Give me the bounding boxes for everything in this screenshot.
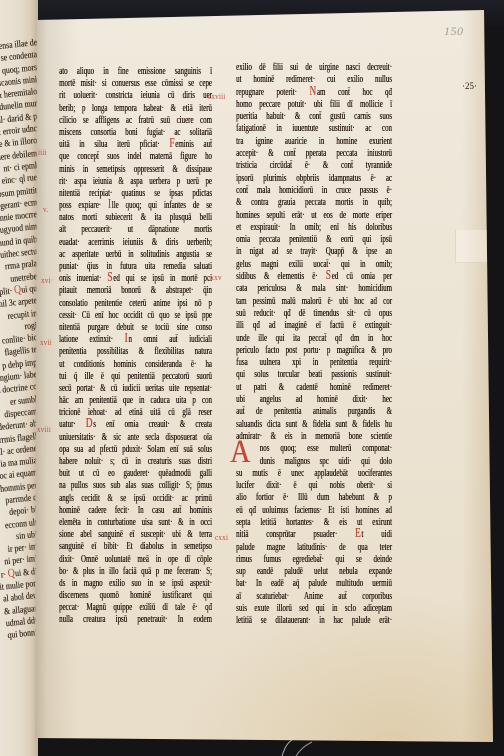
text-line: opa sua ad pfectū pduxit· Solam enī suā … — [59, 444, 212, 456]
text-line: accepit· & cont̄ pperata peccata iniusto… — [236, 148, 392, 160]
text-line: berib; p longa tempora habeat· & etiā it… — [59, 103, 212, 115]
text-line: latione extinxit· In omni aut̄ iudiciali — [59, 334, 212, 346]
text-line: nitentiā recipiat· quatinus se ipsas pdi… — [59, 188, 212, 200]
text-line: suū reducit· qđ dē timendus sit· cū opus — [236, 308, 392, 320]
text-column-2: exilio dē filii sui de uirgine nasci dec… — [236, 62, 392, 628]
rubricated-initial: D — [86, 415, 93, 430]
text-line: que concept̄ suos indel maternā figure h… — [59, 151, 212, 163]
text-line: gelus magni exilii uocat̄· qui in omib; — [236, 259, 392, 271]
margin-mark: ·25· — [462, 81, 477, 91]
text-line: natos morti subiecerit & ita plusquā bel… — [59, 212, 212, 224]
text-line: palude magne latitudinis· de qua teter — [236, 542, 392, 554]
text-segment: lle quoq; qui infantes de se — [112, 200, 212, 211]
text-line: cont̄ mala homicidiorū in cruce passus ē… — [236, 185, 392, 197]
text-line: onis inueniat· Sed qui se ipsū in mortē … — [59, 273, 212, 285]
text-line: uitā in silua iterū pficiat· Feminis aut… — [59, 139, 212, 151]
text-line: nitentiā purgare debuit se tociū sine co… — [59, 322, 212, 334]
text-column-1: ato aliquo in fine emissione sanguinis ī… — [59, 66, 212, 627]
text-line: periculo facto post portu· p magnifica &… — [236, 345, 392, 357]
text-line: hāc am penitentiā que in caduca uita p c… — [59, 395, 212, 407]
text-line: poss expiare· Ille quoq; qui infantes de… — [59, 200, 212, 212]
text-line: ac asperitate uerbū in solitudinis angus… — [59, 249, 212, 261]
text-line: tricionē iehoat· ad etinā uitā cū glā re… — [59, 407, 212, 419]
text-line: tra ignine auaricie in homine exurient — [236, 136, 392, 148]
text-line: illi qđ ad imaginē eī factū ē extinguit· — [236, 320, 392, 332]
text-line: in nigat ad se trayit· Quapp̄ & ipse an — [236, 246, 392, 258]
marginal-rubric: v. — [43, 204, 48, 214]
drop-cap-initial: A — [230, 436, 250, 469]
text-line: unde ille qui ita peccat̄ qđ dm in hoc — [236, 333, 392, 345]
text-line: nitiā consprūtar psuader· Et uidi — [236, 529, 392, 541]
text-line: puniat· q̄ius in futura uita remedia sal… — [59, 261, 212, 273]
marginal-rubric: cxviii — [208, 91, 225, 101]
text-line: tristicia circūdat̄ ē· & cont̄ tyrannide — [236, 160, 392, 172]
text-line: letitiā se dilatauerant· in hac palude e… — [236, 615, 392, 627]
text-line: uatur· Ds enī omia creauit· & creata — [59, 419, 212, 431]
text-line: rit uoluerit· constricta ieiunia cū diri… — [59, 90, 212, 102]
loose-thread-fibers — [268, 738, 328, 756]
text-segment: poss expiare· — [59, 200, 108, 211]
text-line: ut patri & cadentē hominē redimeret· — [236, 382, 392, 394]
rubricated-initial: S — [326, 267, 331, 282]
marginal-rubric: xvii — [40, 337, 52, 347]
text-line: pueritia habuit· & cont̄ gustū carnis su… — [236, 111, 392, 123]
text-line: angls cecidit & se ipsū occidit· ac prim… — [59, 493, 212, 505]
text-line: elemēta in conturbatione uisa sunt· & in… — [59, 517, 212, 529]
text-line: pitauit memoriā bonorū & abstrapet· q̄in — [59, 285, 212, 297]
text-line: tam pessimū malū malorū ē· ubi hoc ad co… — [236, 296, 392, 308]
text-line: admiratr· & eis in memoriā bone scientie — [236, 431, 392, 443]
verso-text-line: qui bonni — [6, 627, 37, 642]
text-segment: uitā in silua iterū pficiat· — [59, 139, 169, 150]
marginal-rubric: cxxi — [215, 532, 228, 542]
rubricated-initial: I — [108, 196, 111, 211]
text-line: bo· & plus in illo faciā quā p me fecera… — [59, 566, 212, 578]
marginal-rubric: iiii — [38, 147, 47, 157]
text-segment: ed qui se ipsū in mortē pci — [113, 273, 212, 284]
text-line: suis exute illorū sed qui in sclo adicep… — [236, 603, 392, 615]
text-segment: am cont̄ hoc qđ — [317, 87, 392, 98]
text-line: sione abel sanguinē eī suscepit· ubi & t… — [59, 529, 212, 541]
text-line: repugnare poterit· Nam cont̄ hoc qđ — [236, 87, 392, 99]
text-line: hominē cadere fecit· In casu aut̄ homini… — [59, 505, 212, 517]
text-line: sup eandē paludē uelut nebula expande — [236, 566, 392, 578]
text-line: uniuersitatis· & sic ante secla disposue… — [59, 432, 212, 444]
text-line: minis in semetipsis oppresserit & dissip… — [59, 164, 212, 176]
text-segment: n omni aut̄ iudiciali — [128, 334, 212, 345]
text-line: septa letitiā hortantes· & eis ut exirun… — [236, 517, 392, 529]
text-line: ato aliquo in fine emissione sanguinis ī — [59, 66, 212, 78]
text-line: et exspirauit· In omib; enī his doloribu… — [236, 222, 392, 234]
text-line: mortē misit· si conuersus esse cōmissi s… — [59, 78, 212, 90]
text-line: su mutis ē unec applaudebāt uociferantes — [236, 468, 392, 480]
text-line: fusa uulnera xpi in penitentia requirit· — [236, 357, 392, 369]
text-line: ubi angelus ad hominē dixit· hec — [236, 394, 392, 406]
text-line: ipsorū plurimis obpbriis idampnatus ē· a… — [236, 173, 392, 185]
text-line: cilicio se affligens ac fratrū suū ciuer… — [59, 115, 212, 127]
text-line: bat· In eadē aq̄ palude multitudo uermiū — [236, 578, 392, 590]
text-line: homo peccare potuit· ubi filii dī mollic… — [236, 99, 392, 111]
text-line: fatigationē in iuuentute sustinuit· ac c… — [236, 123, 392, 135]
text-line: dixit· Omnē uoluntatē meā in ope dī cōpl… — [59, 554, 212, 566]
text-line: exilio dē filii sui de uirgine nasci dec… — [236, 62, 392, 74]
text-line: consolatio penitentie ceterū anime ipsi … — [59, 298, 212, 310]
text-line: miscens consortia boni fugiat· ac solita… — [59, 127, 212, 139]
text-segment: nitiā consprūtar psuader· — [236, 529, 355, 540]
rubricated-initial: S — [107, 269, 112, 284]
text-segment: eminis aut̄ — [175, 139, 212, 150]
text-line: ds in magno exilio suo in se ipsū aspexi… — [59, 578, 212, 590]
text-line: saluandis dicta sunt & fidelia sunt & fi… — [236, 419, 392, 431]
parchment-repair-patch — [455, 230, 489, 263]
text-line: rit· aspa ieiunia & aspa uerbera p uerū … — [59, 176, 212, 188]
text-line: sidibus & elementis ē· Sed cū omia per — [236, 271, 392, 283]
text-line: omia peccata penitentiū & eorū qui ipsū — [236, 234, 392, 246]
text-line: aī scaturiebat· Anime aut̄ corporibus — [236, 591, 392, 603]
text-line: qui solus torcular beati passionis susti… — [236, 369, 392, 381]
text-line: & contra grauia peccata mortis in quib; — [236, 197, 392, 209]
text-line: lucifer dixit· ē qui nobis oberit· si — [236, 480, 392, 492]
text-segment: sidibus & elementis ē· — [236, 271, 326, 282]
text-line: euadat· acerrimis ieiuniis & diris uerbe… — [59, 237, 212, 249]
text-line: aut̄ de penitentia animalis purgandis & — [236, 406, 392, 418]
text-line: alio fortior ē· Illū dum habebunt & p — [236, 492, 392, 504]
rubricated-initial: I — [125, 330, 128, 345]
marginal-rubric: cxxv — [207, 272, 222, 282]
text-line: dunis malignos spc uidi· qui dolo — [260, 456, 392, 468]
text-line: peccat· Magnū quippe exiliū dī tale ē· q… — [59, 602, 212, 614]
text-line: eū qđ uoluimus faciemus· Et isti homines… — [236, 505, 392, 517]
text-line: nos quoq; esse multerū componat· — [260, 443, 392, 455]
text-line: rimus fumus egrediebat̄· qui se deinde — [236, 554, 392, 566]
text-line: habere noluit· s; cū in creaturis suas d… — [59, 456, 212, 468]
rubricated-initial: E — [355, 525, 361, 540]
text-segment: uatur· — [59, 419, 86, 430]
text-line: aīt peccauerit· ut dāpnatione mortis — [59, 224, 212, 236]
verso-page-edge: dispensa illae de ormedae· se condenta a… — [0, 0, 38, 756]
text-segment: t uidi — [361, 529, 392, 540]
verso-text-block: dispensa illae de ormedae· se condenta a… — [0, 37, 37, 640]
text-line: buit ut cū eo gauderet· quēadmodū galli — [59, 468, 212, 480]
text-segment: ed cū omia per — [332, 271, 392, 282]
recto-page: 150 ·25· ato aliquo in fine emissione sa… — [0, 0, 504, 756]
text-line: cessit· Cū enī hoc occidit cū quo se ips… — [59, 310, 212, 322]
text-line: tui q̄ ille ē qui penitentiā peccatorū s… — [59, 371, 212, 383]
text-line: homines sepulti erāt· ut eos de morte er… — [236, 210, 392, 222]
text-line: na pullos suos sub alas suas colligit· S… — [59, 480, 212, 492]
text-line: nulla creatura ipsū penetrauit· In eodem — [59, 614, 212, 626]
rubricated-initial: N — [309, 83, 316, 98]
text-line: ut conditionis hominis consideranda ē· h… — [59, 359, 212, 371]
text-segment: repugnare poterit· — [236, 87, 309, 98]
text-segment: latione extinxit· — [59, 334, 125, 345]
text-line: discernens quomō hominē iustificaret qui — [59, 590, 212, 602]
marginal-rubric: xviii — [37, 424, 51, 434]
folio-number: 150 — [444, 24, 464, 39]
text-line: sanguinē eī bibit· Et diabolus in semeti… — [59, 541, 212, 553]
text-line: penitentia possibilitas & flexibilitas n… — [59, 346, 212, 358]
marginal-rubric: xvi· — [41, 275, 53, 285]
text-line: secū portat· & cū iudicii ueritas uite r… — [59, 383, 212, 395]
text-segment: s enī omia creauit· & creata — [93, 419, 212, 430]
rubricated-initial: F — [169, 135, 174, 150]
text-segment: onis inueniat· — [59, 273, 107, 284]
text-line: cata periculosa & mala sint· homicidium — [236, 283, 392, 295]
